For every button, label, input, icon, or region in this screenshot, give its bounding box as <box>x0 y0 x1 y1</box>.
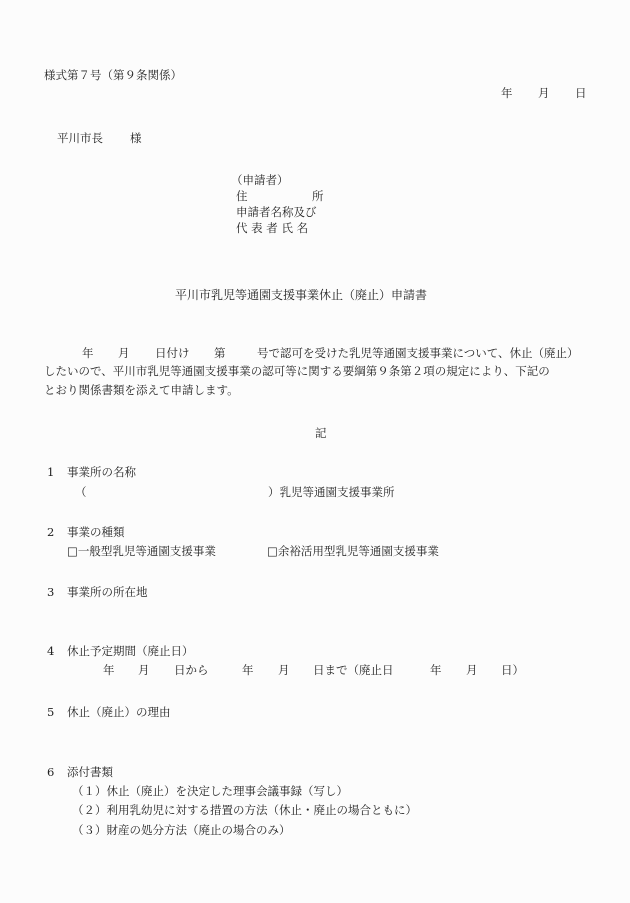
date-year: 年 <box>501 88 513 100</box>
attachment-item: （１）休止（廃止）を決定した理事会議事録（写し） <box>72 786 348 798</box>
address-label-start: 住 <box>236 191 248 203</box>
section-number: 6 <box>47 767 54 779</box>
section-number: 2 <box>47 527 54 539</box>
addressee-name: 平川市長 <box>57 133 103 145</box>
document-title: 平川市乳児等通園支援事業休止（廃止）申請書 <box>175 289 427 301</box>
section-label: 事業所の名称 <box>67 467 136 479</box>
period-end-year: 年 <box>242 665 254 677</box>
ki-heading: 記 <box>315 428 327 440</box>
attachment-item: （２）利用乳幼児に対する措置の方法（休止・廃止の場合ともに） <box>72 805 417 817</box>
section-number: 1 <box>47 467 54 479</box>
form-number: 様式第７号（第９条関係） <box>44 70 182 82</box>
addressee-honorific: 様 <box>130 133 142 145</box>
section-label: 事業所の所在地 <box>67 587 148 599</box>
section-number: 4 <box>47 646 54 658</box>
body-line2: したいので、平川市乳児等通園支援事業の認可等に関する要綱第９条第２項の規定により… <box>44 366 550 378</box>
date-day: 日 <box>575 88 587 100</box>
applicant-name-label: 申請者名称及び <box>236 207 317 219</box>
abolish-month: 月 <box>466 665 478 677</box>
abolish-year: 年 <box>430 665 442 677</box>
period-start-year: 年 <box>103 665 115 677</box>
address-label-end: 所 <box>312 191 324 203</box>
section-number: 3 <box>47 587 54 599</box>
name-suffix: ）乳児等通園支援事業所 <box>268 487 395 499</box>
name-open-paren: （ <box>75 487 87 499</box>
period-start-day: 日から <box>174 665 209 677</box>
option-general-type[interactable]: □一般型乳児等通園支援事業 <box>67 546 216 558</box>
representative-label: 代 表 者 氏 名 <box>236 223 308 235</box>
section-label: 休止（廃止）の理由 <box>67 707 171 719</box>
period-start-month: 月 <box>138 665 150 677</box>
section-label: 休止予定期間（廃止日） <box>67 646 194 658</box>
body-number-prefix: 第 <box>214 348 226 360</box>
body-line3: とおり関係書類を添えて申請します。 <box>44 385 239 397</box>
abolish-day: 日） <box>501 665 524 677</box>
section-label: 添付書類 <box>67 767 113 779</box>
period-end-month: 月 <box>278 665 290 677</box>
body-line1-rest: 号で認可を受けた乳児等通園支援事業について、休止（廃止） <box>257 348 579 360</box>
body-day: 日付け <box>155 348 190 360</box>
body-month: 月 <box>118 348 130 360</box>
period-end-day: 日まで（廃止日 <box>313 665 394 677</box>
section-number: 5 <box>47 707 54 719</box>
option-surplus-type[interactable]: □余裕活用型乳児等通園支援事業 <box>267 546 439 558</box>
attachment-item: （３）財産の処分方法（廃止の場合のみ） <box>72 825 291 837</box>
applicant-heading: （申請者） <box>231 175 289 187</box>
date-month: 月 <box>538 88 550 100</box>
body-year: 年 <box>82 348 94 360</box>
section-label: 事業の種類 <box>67 527 125 539</box>
